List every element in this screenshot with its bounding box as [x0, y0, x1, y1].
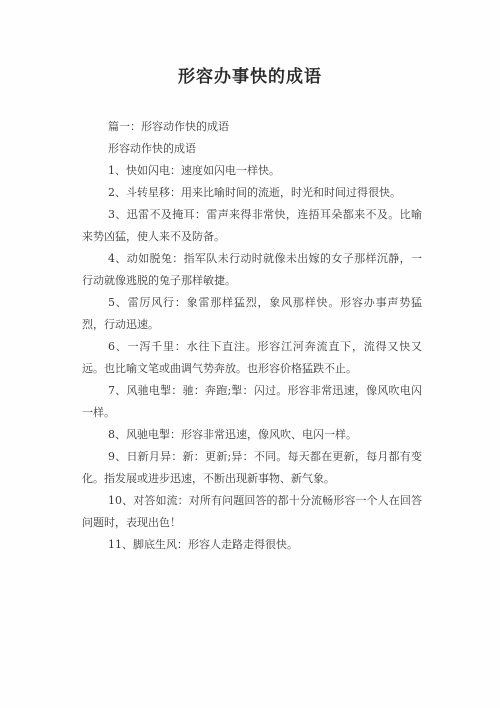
idiom-item-2: 2、斗转星移：用来比喻时间的流逝，时光和时间过得很快。: [82, 182, 422, 204]
idiom-item-11: 11、脚底生风：形容人走路走得很快。: [82, 534, 422, 556]
document-page: 形容办事快的成语 篇一：形容动作快的成语 形容动作快的成语 1、快如闪电：速度如…: [0, 0, 500, 708]
idiom-item-5: 5、雷厉风行：象雷那样猛烈，象风那样快。形容办事声势猛烈，行动迅速。: [82, 292, 422, 336]
document-body: 篇一：形容动作快的成语 形容动作快的成语 1、快如闪电：速度如闪电一样快。 2、…: [82, 116, 422, 556]
idiom-item-10: 10、对答如流：对所有问题回答的都十分流畅形容一个人在回答问题时，表现出色！: [82, 490, 422, 534]
subheading: 形容动作快的成语: [82, 138, 422, 160]
idiom-item-9: 9、日新月异：新：更新;异：不同。每天都在更新，每月都有变化。指发展或进步迅速，…: [82, 446, 422, 490]
idiom-item-6: 6、一泻千里：水往下直注。形容江河奔流直下，流得又快又远。也比喻文笔或曲调气势奔…: [82, 336, 422, 380]
idiom-item-3: 3、迅雷不及掩耳：雷声来得非常快，连捂耳朵都来不及。比喻来势凶猛，使人来不及防备…: [82, 204, 422, 248]
section-heading: 篇一：形容动作快的成语: [82, 116, 422, 138]
idiom-item-4: 4、动如脱兔：指军队未行动时就像未出嫁的女子那样沉静，一行动就像逃脱的兔子那样敏…: [82, 248, 422, 292]
idiom-item-7: 7、风驰电掣：驰：奔跑;掣：闪过。形容非常迅速，像风吹电闪一样。: [82, 380, 422, 424]
document-title: 形容办事快的成语: [0, 62, 500, 87]
idiom-item-8: 8、风驰电掣：形容非常迅速，像风吹、电闪一样。: [82, 424, 422, 446]
idiom-item-1: 1、快如闪电：速度如闪电一样快。: [82, 160, 422, 182]
